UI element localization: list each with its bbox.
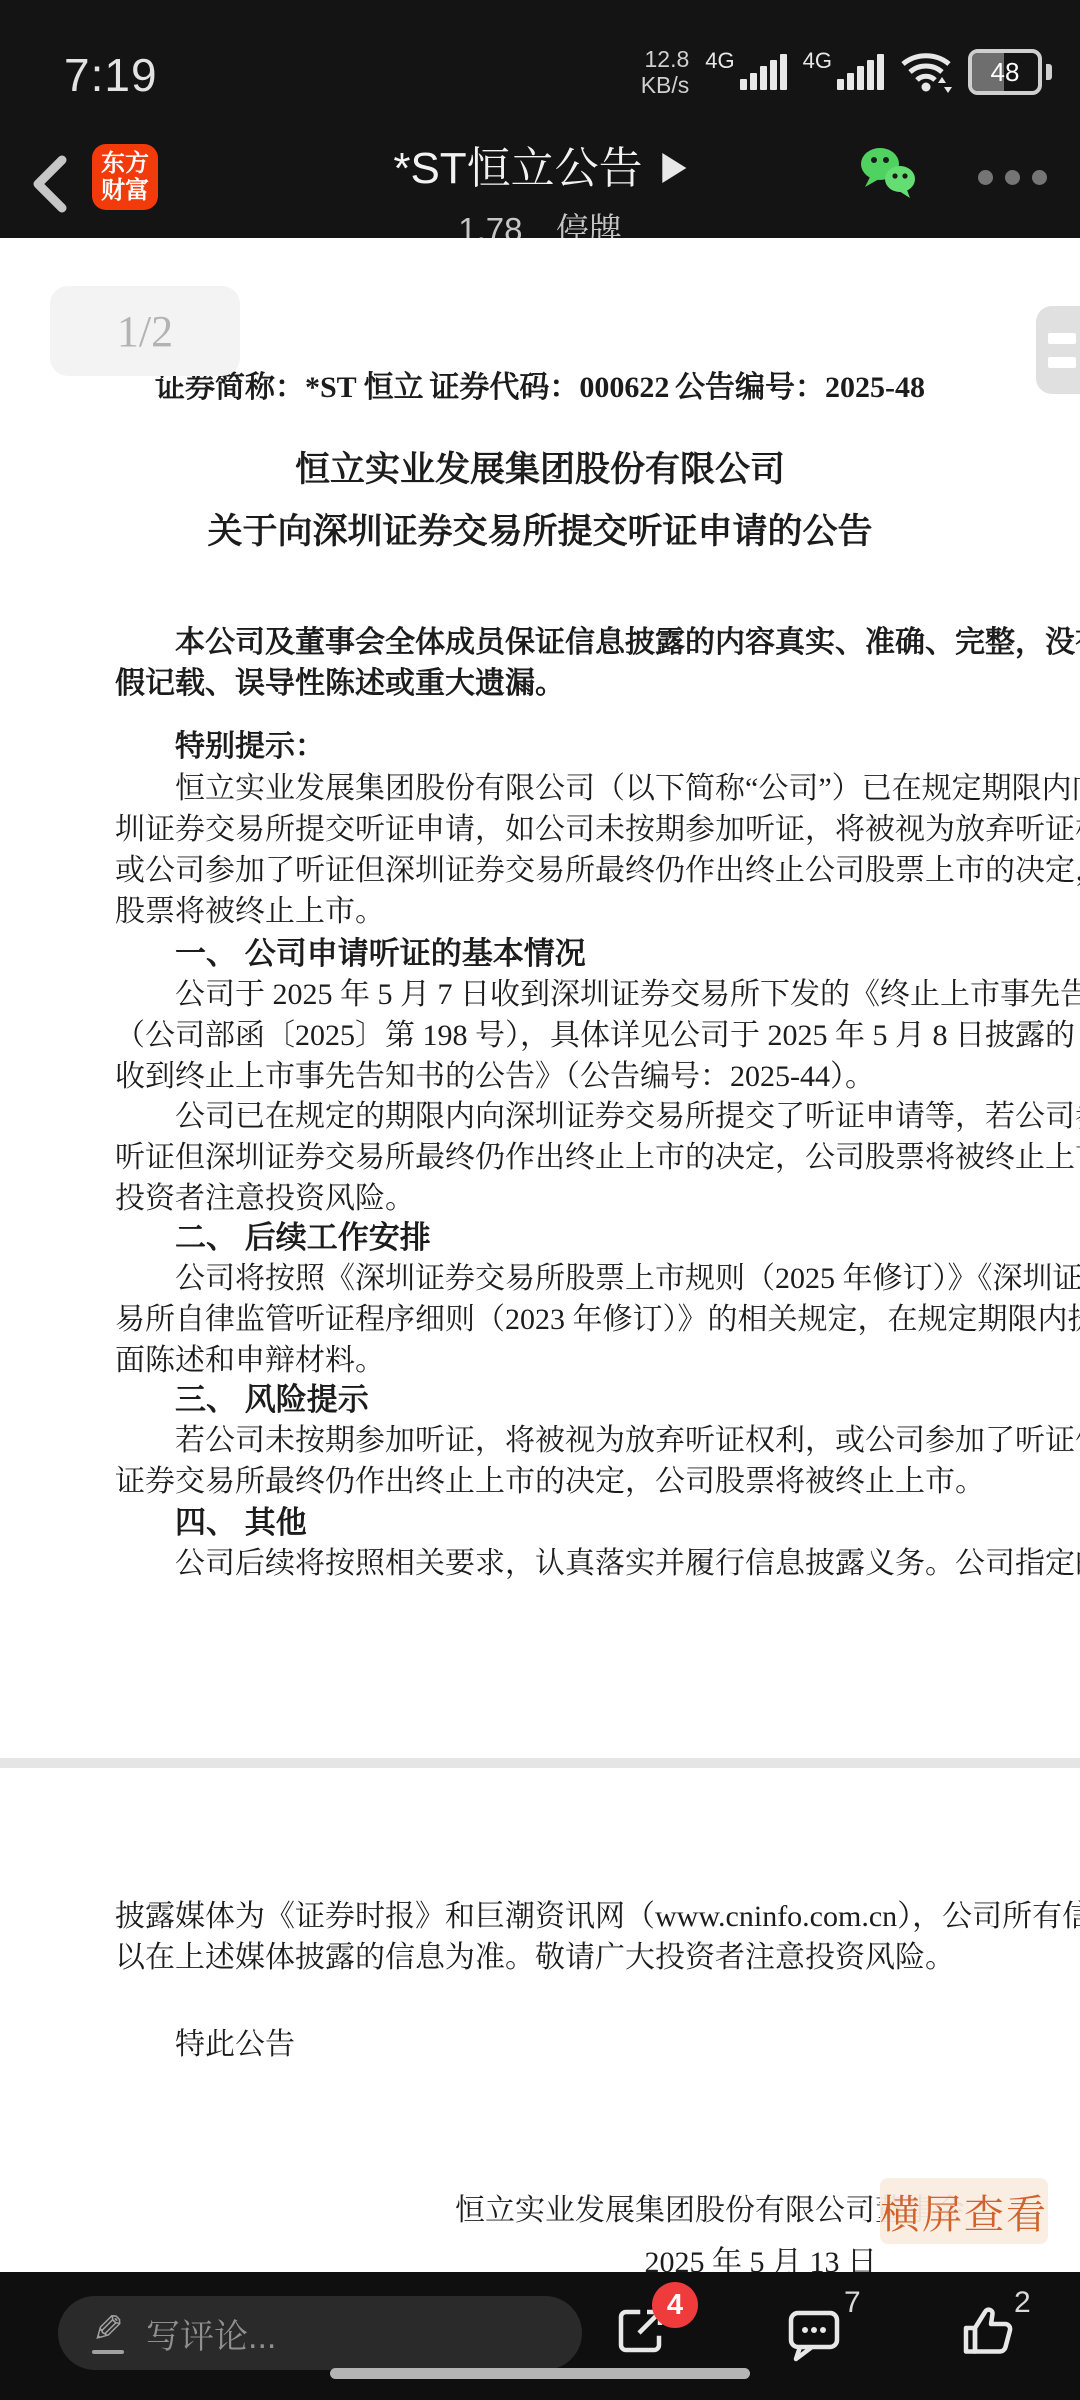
scrollbar-handle[interactable] [1036, 306, 1080, 394]
doc-line: 圳证券交易所提交听证申请，如公司未按期参加听证，将被视为放弃听证权利， [115, 809, 965, 850]
net-speed-value: 12.8 [641, 46, 690, 72]
logo-line2: 财富 [101, 177, 149, 204]
clock: 7:19 [64, 48, 158, 102]
comment-placeholder: 写评论... [146, 2309, 276, 2358]
like-count: 2 [1014, 2286, 1031, 2320]
doc-line: 听证但深圳证券交易所最终仍作出终止上市的决定，公司股票将被终止上市。请 [115, 1137, 965, 1178]
doc-block-heading: 二、 后续工作安排 [115, 1217, 965, 1258]
doc-line: 恒立实业发展集团股份有限公司董事会 [115, 2190, 965, 2231]
doc-line: 恒立实业发展集团股份有限公司（以下简称“公司”）已在规定期限内向深 [115, 768, 965, 809]
document-meta-row: 证券简称：*ST 恒立 证券代码：000622 公告编号：2025-48 [115, 362, 965, 406]
doc-block-text: 公司于 2025 年 5 月 7 日收到深圳证券交易所下发的《终止上市事先告知书… [115, 974, 965, 1097]
signal-sim2-icon: 4G [803, 54, 884, 90]
doc-line: 以在上述媒体披露的信息为准。敬请广大投资者注意投资风险。 [115, 1937, 965, 1978]
doc-line: 一、 公司申请听证的基本情况 [115, 933, 965, 974]
comment-input[interactable]: ✎ 写评论... [58, 2296, 582, 2370]
doc-block-title: 恒立实业发展集团股份有限公司 [115, 448, 965, 492]
doc-block-bold: 本公司及董事会全体成员保证信息披露的内容真实、准确、完整，没有虚假记载、误导性陈… [115, 622, 965, 704]
sim2-label: 4G [803, 48, 832, 74]
doc-line: 恒立实业发展集团股份有限公司 [115, 448, 965, 492]
pencil-icon: ✎ [92, 2312, 124, 2354]
doc-block-text: 特此公告 [115, 2024, 965, 2065]
doc-block-right: 恒立实业发展集团股份有限公司董事会 [115, 2190, 965, 2231]
wechat-share-button[interactable] [858, 146, 920, 200]
doc-line: 或公司参加了听证但深圳证券交易所最终仍作出终止公司股票上市的决定，公司 [115, 850, 965, 891]
doc-line: 三、 风险提示 [115, 1379, 965, 1420]
doc-line: （公司部函〔2025〕第 198 号），具体详见公司于 2025 年 5 月 8… [115, 1015, 965, 1056]
doc-block-text: 公司已在规定的期限内向深圳证券交易所提交了听证申请等，若公司参加了听证但深圳证券… [115, 1096, 965, 1219]
doc-line: 面陈述和申辩材料。 [115, 1340, 965, 1381]
doc-line: 公司将按照《深圳证券交易所股票上市规则（2025 年修订）》《深圳证券交 [115, 1258, 965, 1299]
page-title: *ST恒立公告 [393, 132, 642, 196]
announcement-number: 公告编号：2025-48 [675, 362, 925, 406]
status-icons: 12.8 KB/s 4G 4G 48 [641, 42, 1052, 102]
status-bar: 7:19 12.8 KB/s 4G 4G [0, 0, 1080, 130]
sim1-label: 4G [705, 48, 734, 74]
security-code: 证券代码：000622 [429, 362, 669, 406]
battery-percent: 48 [972, 53, 1038, 91]
doc-line: 四、 其他 [115, 1502, 965, 1543]
doc-block-title: 关于向深圳证券交易所提交听证申请的公告 [115, 510, 965, 554]
doc-line: 易所自律监管听证程序细则（2023 年修订）》的相关规定，在规定期限内提交书 [115, 1299, 965, 1340]
comment-button[interactable] [786, 2308, 842, 2362]
doc-line: 公司于 2025 年 5 月 7 日收到深圳证券交易所下发的《终止上市事先告知书… [115, 974, 965, 1015]
doc-block-date: 2025 年 5 月 13 日 [115, 2242, 965, 2272]
doc-block-text: 公司后续将按照相关要求，认真落实并履行信息披露义务。公司指定的信息 [115, 1543, 965, 1584]
logo-line1: 东方 [101, 150, 149, 177]
doc-line: 二、 后续工作安排 [115, 1217, 965, 1258]
doc-line: 2025 年 5 月 13 日 [115, 2242, 965, 2272]
more-menu-button[interactable] [978, 170, 1047, 185]
doc-line: 收到终止上市事先告知书的公告》（公告编号：2025-44）。 [115, 1056, 965, 1097]
expand-triangle-icon [663, 153, 687, 183]
doc-line: 公司后续将按照相关要求，认真落实并履行信息披露义务。公司指定的信息 [115, 1543, 965, 1584]
doc-line: 假记载、误导性陈述或重大遗漏。 [115, 663, 965, 704]
doc-line: 公司已在规定的期限内向深圳证券交易所提交了听证申请等，若公司参加了 [115, 1096, 965, 1137]
doc-block-heading: 一、 公司申请听证的基本情况 [115, 933, 965, 974]
home-indicator[interactable] [330, 2368, 750, 2379]
network-speed: 12.8 KB/s [641, 46, 690, 98]
comment-count: 7 [844, 2286, 861, 2320]
battery-icon: 48 [968, 49, 1042, 95]
doc-block-text: 若公司未按期参加听证，将被视为放弃听证权利，或公司参加了听证但深圳证券交易所最终… [115, 1420, 965, 1502]
signal-sim1-icon: 4G [705, 54, 786, 90]
doc-block-text: 公司将按照《深圳证券交易所股票上市规则（2025 年修订）》《深圳证券交易所自律… [115, 1258, 965, 1381]
net-speed-unit: KB/s [641, 72, 690, 98]
doc-line: 披露媒体为《证券时报》和巨潮资讯网（www.cninfo.com.cn），公司所… [115, 1896, 965, 1937]
page-indicator-badge: 1/2 [50, 286, 240, 376]
signal-bars-icon [834, 54, 884, 90]
doc-line: 若公司未按期参加听证，将被视为放弃听证权利，或公司参加了听证但深圳 [115, 1420, 965, 1461]
doc-line: 本公司及董事会全体成员保证信息披露的内容真实、准确、完整，没有虚 [115, 622, 965, 663]
wifi-icon [900, 49, 952, 95]
like-button[interactable] [958, 2304, 1016, 2360]
doc-line: 证券交易所最终仍作出终止上市的决定，公司股票将被终止上市。 [115, 1461, 965, 1502]
eastmoney-logo[interactable]: 东方 财富 [92, 144, 158, 210]
battery-nub [1046, 64, 1052, 80]
share-badge: 4 [652, 2282, 698, 2328]
doc-line: 关于向深圳证券交易所提交听证申请的公告 [115, 510, 965, 554]
bottom-toolbar: ✎ 写评论... 4 7 2 [0, 2272, 1080, 2400]
landscape-view-button[interactable]: 横屏查看 [880, 2178, 1048, 2244]
doc-block-bold: 特别提示： [115, 726, 965, 767]
back-button[interactable] [22, 152, 86, 216]
app-header: 东方 财富 *ST恒立公告 1.78 停牌 [0, 130, 1080, 238]
doc-block-heading: 三、 风险提示 [115, 1379, 965, 1420]
doc-block-heading: 四、 其他 [115, 1502, 965, 1543]
doc-line: 投资者注意投资风险。 [115, 1178, 965, 1219]
document-page[interactable]: 证券简称：*ST 恒立 证券代码：000622 公告编号：2025-48 恒立实… [0, 238, 1080, 2272]
screen: 7:19 12.8 KB/s 4G 4G [0, 0, 1080, 2400]
doc-block-text: 恒立实业发展集团股份有限公司（以下简称“公司”）已在规定期限内向深圳证券交易所提… [115, 768, 965, 932]
doc-line: 特此公告 [115, 2024, 965, 2065]
doc-block-text: 披露媒体为《证券时报》和巨潮资讯网（www.cninfo.com.cn），公司所… [115, 1896, 965, 1978]
page-divider [0, 1758, 1080, 1768]
doc-line: 特别提示： [115, 726, 965, 767]
title-block[interactable]: *ST恒立公告 1.78 停牌 [393, 132, 686, 251]
doc-line: 股票将被终止上市。 [115, 891, 965, 932]
signal-bars-icon [737, 54, 787, 90]
